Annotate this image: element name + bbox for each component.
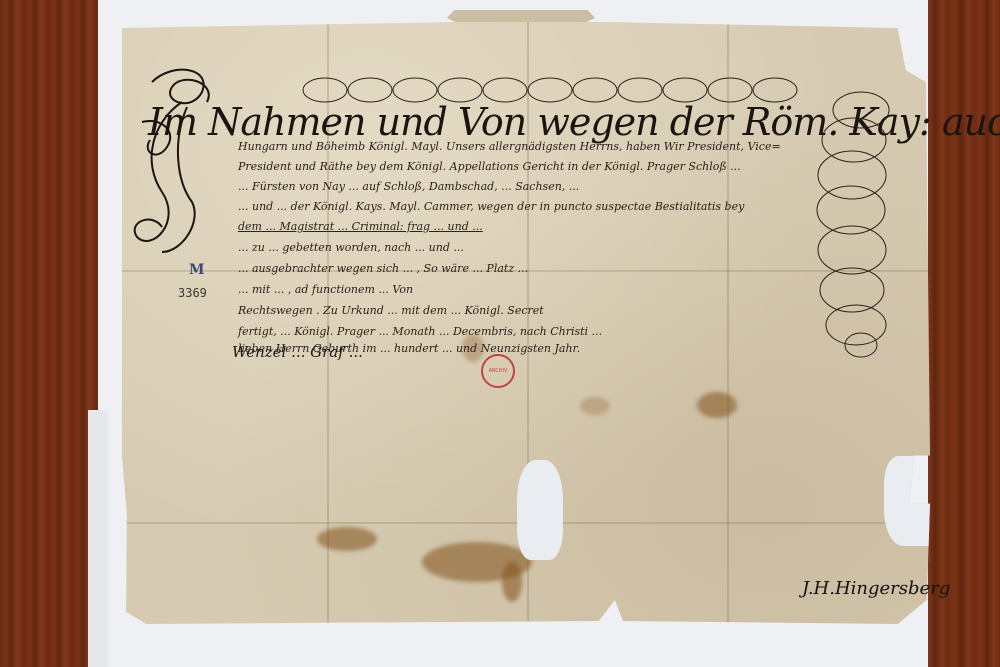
document-line: Rechtswegen . Zu Urkund ... mit dem ... … [238, 304, 544, 317]
document-line: Hungarn und Böheimb Königl. Mayl. Unsers… [238, 140, 781, 153]
decorative-initial-flourish [132, 62, 224, 262]
bottom-signature: J.H.Hingersberg [802, 578, 950, 599]
document-line: ... Fürsten von Nay ... auf Schloß, Damb… [238, 180, 579, 193]
document-line: ... ausgebrachter wegen sich ... , So wä… [238, 262, 528, 275]
water-stain [317, 527, 377, 551]
water-stain [502, 562, 522, 602]
document-line: ... und ... der Königl. Kays. Mayl. Camm… [238, 200, 744, 213]
document-line: President und Räthe bey dem Königl. Appe… [238, 160, 741, 173]
document-heading: Im Nahmen und Von wegen der Röm. Kay: au… [148, 100, 1000, 144]
water-stain [580, 397, 610, 415]
document-line: dem ... Magistrat ... Criminal: frag ...… [238, 220, 483, 233]
red-archive-seal: ARCHIV [481, 354, 515, 388]
archive-number: 3369 [178, 286, 207, 300]
document-line: fertigt, ... Königl. Prager ... Monath .… [238, 325, 602, 338]
document-line: ... mit ... , ad functionem ... Von [238, 283, 413, 296]
paper-hole [517, 460, 563, 560]
white-backing-sheet-edge [88, 410, 108, 667]
archive-stamp-letter: M [189, 262, 205, 278]
wooden-surface-left [0, 0, 100, 667]
left-signature: Wenzel ... Graf ... [232, 343, 363, 361]
water-stain [697, 392, 737, 418]
document-line: ... zu ... gebetten worden, nach ... und… [238, 241, 464, 254]
